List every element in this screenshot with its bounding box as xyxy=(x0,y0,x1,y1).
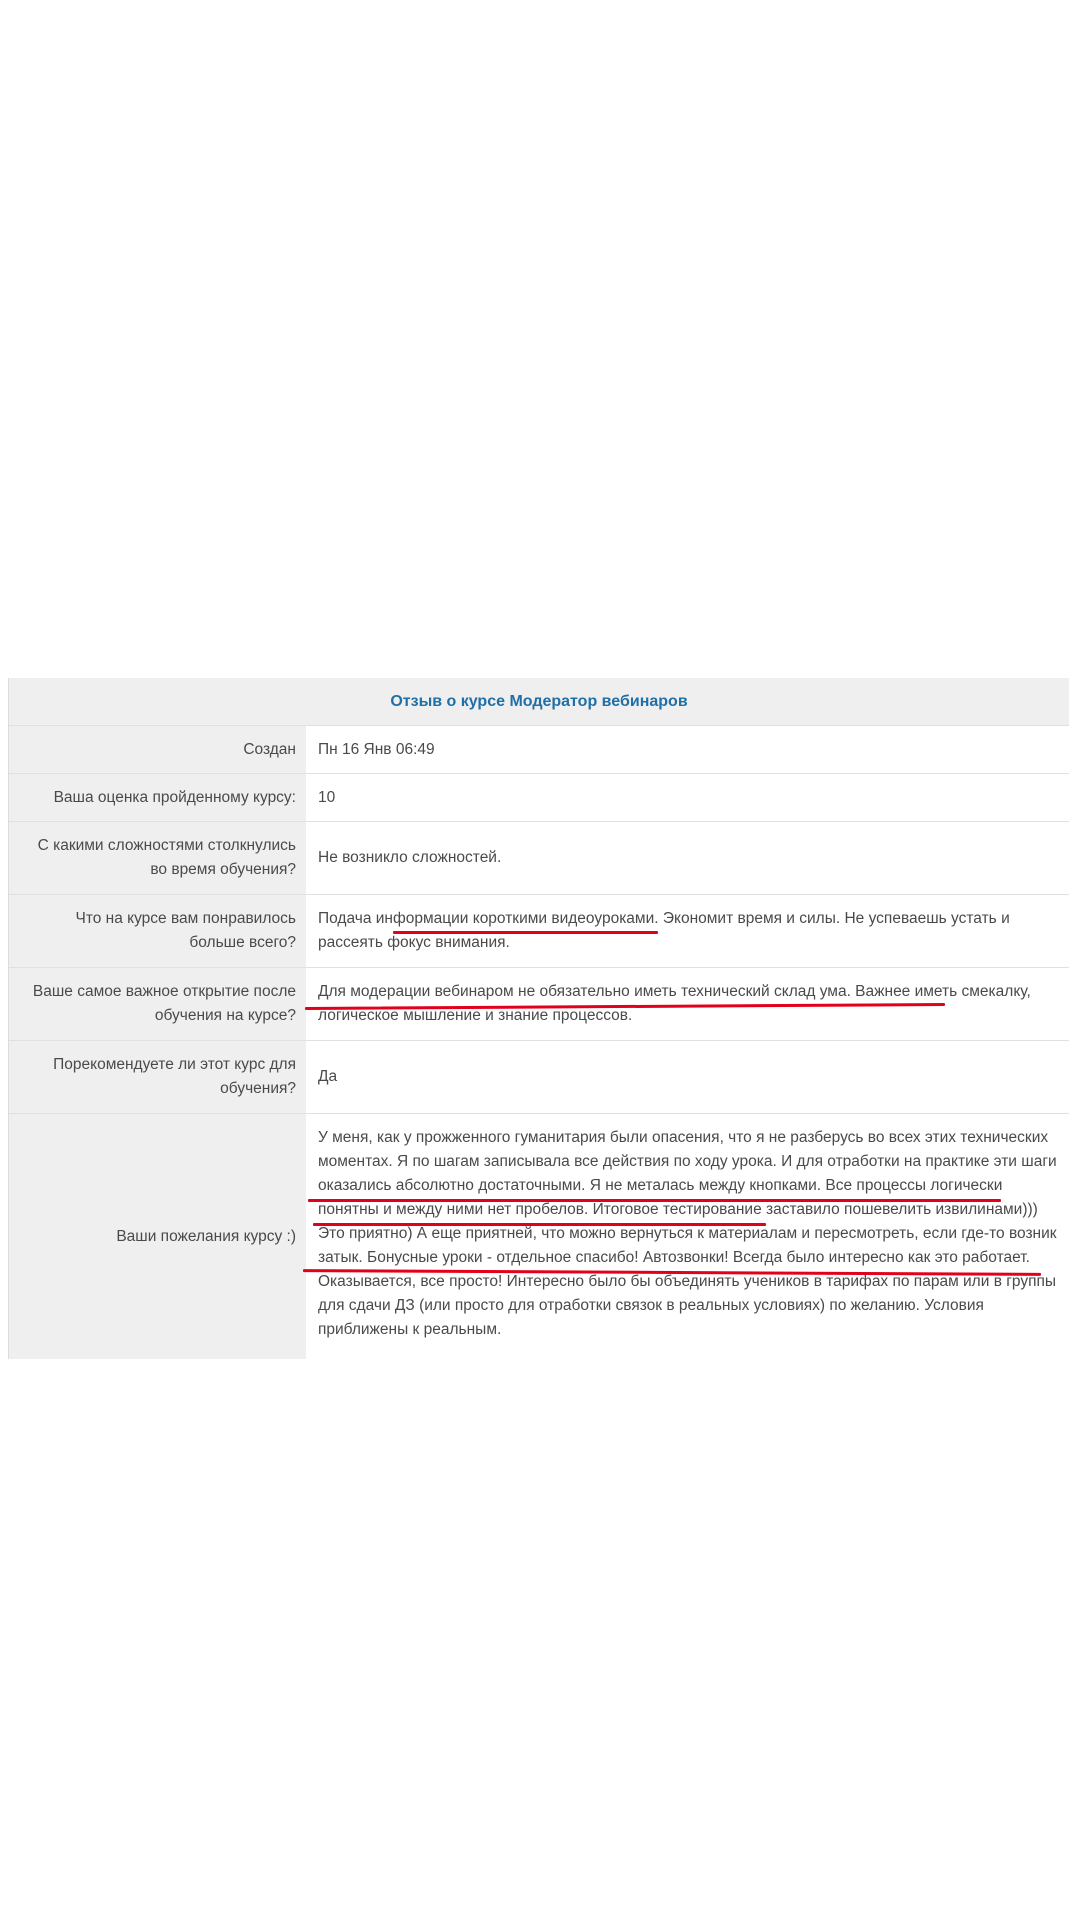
row-label: Порекомендуете ли этот курс для обучения… xyxy=(9,1041,306,1113)
underline-annotation xyxy=(393,931,658,934)
row-label: Ваше самое важное открытие после обучени… xyxy=(9,968,306,1040)
table-row-rating: Ваша оценка пройденному курсу: 10 xyxy=(9,774,1069,822)
review-table: Отзыв о курсе Модератор вебинаров Создан… xyxy=(8,678,1069,1359)
underline-annotation xyxy=(313,1223,766,1226)
row-value: Пн 16 Янв 06:49 xyxy=(306,726,1069,773)
row-value: У меня, как у прожженного гуманитария бы… xyxy=(306,1114,1069,1359)
table-row-created: Создан Пн 16 Янв 06:49 xyxy=(9,726,1069,774)
underline-annotation xyxy=(308,1199,1001,1202)
row-label: С какими сложностями столкнулись во врем… xyxy=(9,822,306,894)
row-label: Ваша оценка пройденному курсу: xyxy=(9,774,306,821)
row-label: Создан xyxy=(9,726,306,773)
row-label: Что на курсе вам понравилось больше всег… xyxy=(9,895,306,967)
table-row-wishes: Ваши пожелания курсу :) У меня, как у пр… xyxy=(9,1114,1069,1359)
row-value: 10 xyxy=(306,774,1069,821)
review-title: Отзыв о курсе Модератор вебинаров xyxy=(9,678,1069,726)
table-row-difficulties: С какими сложностями столкнулись во врем… xyxy=(9,822,1069,895)
table-row-recommend: Порекомендуете ли этот курс для обучения… xyxy=(9,1041,1069,1114)
row-label: Ваши пожелания курсу :) xyxy=(9,1114,306,1359)
row-value: Да xyxy=(306,1041,1069,1113)
row-value: Не возникло сложностей. xyxy=(306,822,1069,894)
